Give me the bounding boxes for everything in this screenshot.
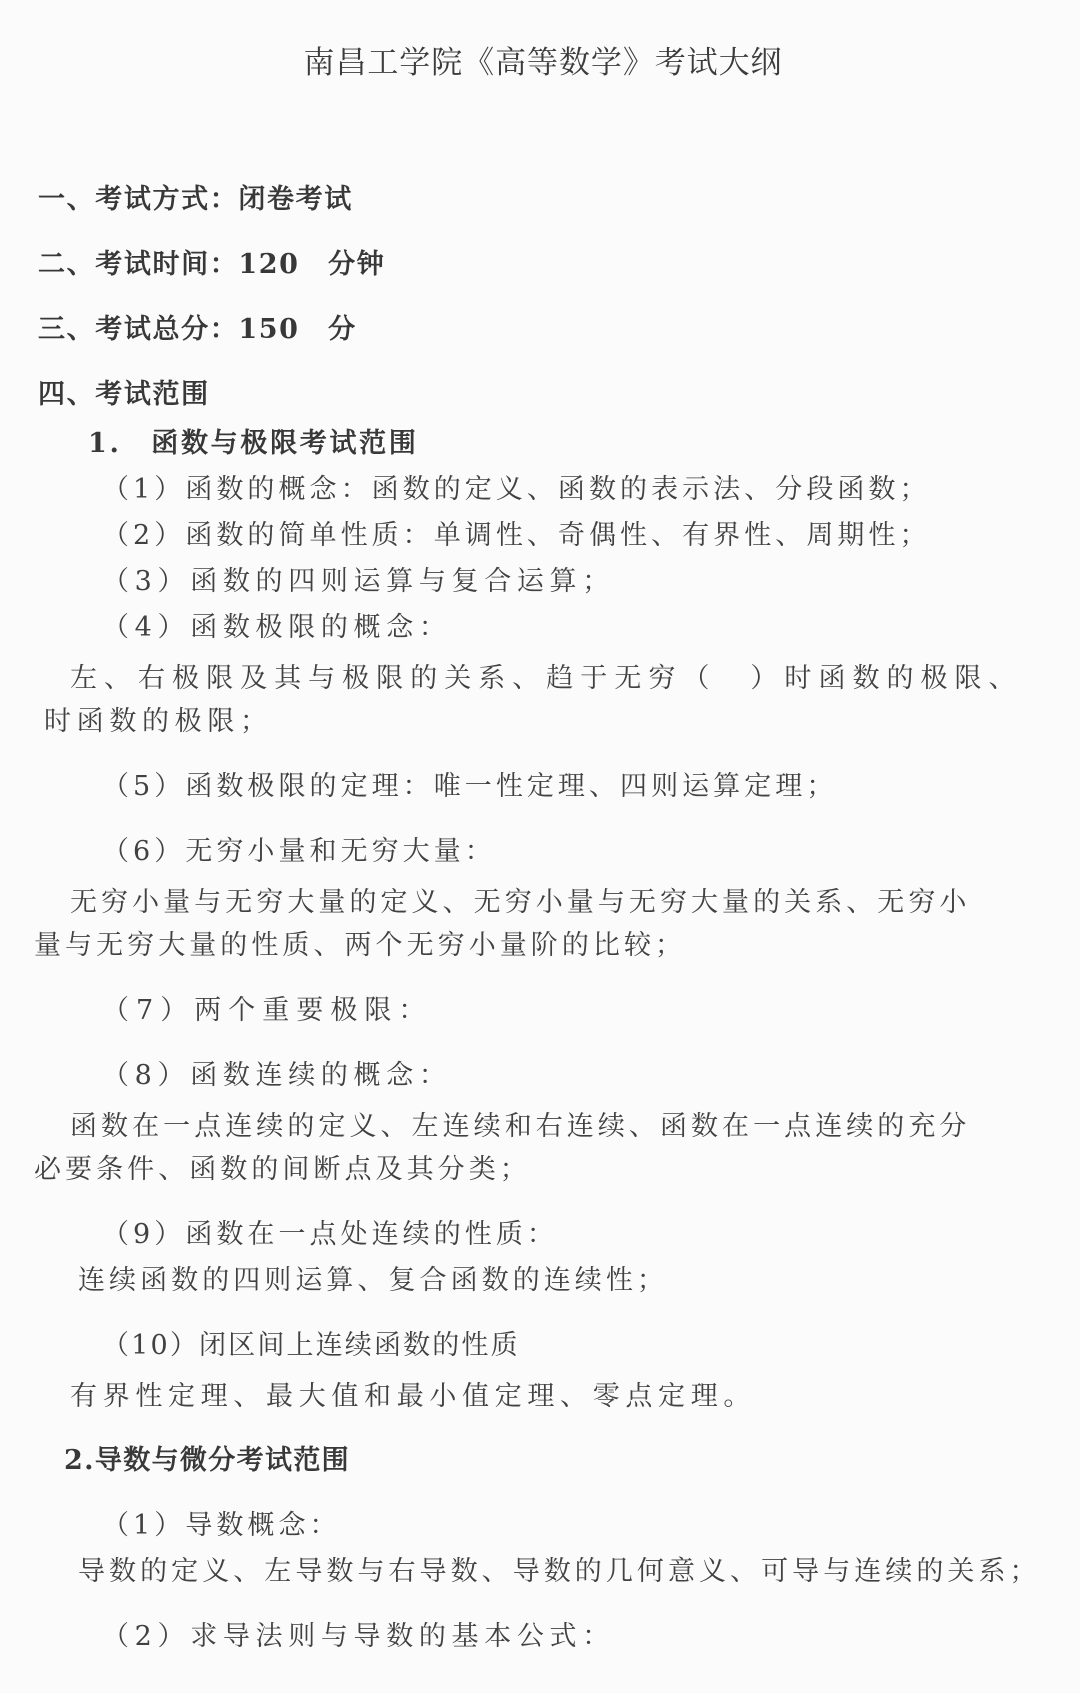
item-1-10: （10）闭区间上连续函数的性质 [32, 1328, 1054, 1364]
item-1-2: （2）函数的简单性质：单调性、奇偶性、有界性、周期性； [32, 518, 1054, 554]
section-2-heading: 2.导数与微分考试范围 [32, 1443, 1054, 1479]
item-1-9-detail: 连续函数的四则运算、复合函数的连续性； [32, 1263, 1054, 1299]
item-1-6: （6）无穷小量和无穷大量： [32, 834, 1054, 870]
item-2-1-detail: 导数的定义、左导数与右导数、导数的几何意义、可导与连续的关系； [32, 1554, 1054, 1590]
item-1-8-detail-line-1: 函数在一点连续的定义、左连续和右连续、函数在一点连续的充分 [32, 1109, 1054, 1145]
item-2-1: （1）导数概念： [32, 1508, 1054, 1544]
item-1-4-detail-line-2: 时函数的极限； [32, 704, 1054, 740]
item-2-2: （2）求导法则与导数的基本公式： [32, 1619, 1054, 1655]
item-1-6-detail-line-2: 量与无穷大量的性质、两个无穷小量阶的比较； [32, 928, 1054, 964]
exam-total-score: 三、考试总分：150 分 [32, 312, 1054, 348]
item-1-4: （4）函数极限的概念： [32, 610, 1054, 646]
item-1-6-detail-line-1: 无穷小量与无穷大量的定义、无穷小量与无穷大量的关系、无穷小 [32, 885, 1054, 921]
exam-duration: 二、考试时间：120 分钟 [32, 247, 1054, 283]
item-1-5: （5）函数极限的定理：唯一性定理、四则运算定理； [32, 769, 1054, 805]
item-1-9: （9）函数在一点处连续的性质： [32, 1217, 1054, 1253]
item-1-1: （1）函数的概念：函数的定义、函数的表示法、分段函数； [32, 472, 1054, 508]
exam-method: 一、考试方式：闭卷考试 [32, 182, 1054, 218]
document-body: 一、考试方式：闭卷考试二、考试时间：120 分钟三、考试总分：150 分四、考试… [32, 182, 1054, 1655]
item-1-8-detail-line-2: 必要条件、函数的间断点及其分类； [32, 1152, 1054, 1188]
item-1-7: （7）两个重要极限： [32, 993, 1054, 1029]
item-1-8: （8）函数连续的概念： [32, 1058, 1054, 1094]
document: { "page": { "title": "南昌工学院《高等数学》考试大纲", … [0, 0, 1080, 1693]
item-1-4-detail-line-1: 左、右极限及其与极限的关系、趋于无穷（ ）时函数的极限、 [32, 661, 1054, 697]
exam-scope: 四、考试范围 [32, 377, 1054, 413]
page-title: 南昌工学院《高等数学》考试大纲 [32, 42, 1054, 84]
item-1-3: （3）函数的四则运算与复合运算； [32, 564, 1054, 600]
section-1-heading: 1. 函数与极限考试范围 [32, 426, 1054, 462]
item-1-10-detail: 有界性定理、最大值和最小值定理、零点定理。 [32, 1379, 1054, 1415]
document-page: 南昌工学院《高等数学》考试大纲 一、考试方式：闭卷考试二、考试时间：120 分钟… [0, 0, 1080, 1693]
